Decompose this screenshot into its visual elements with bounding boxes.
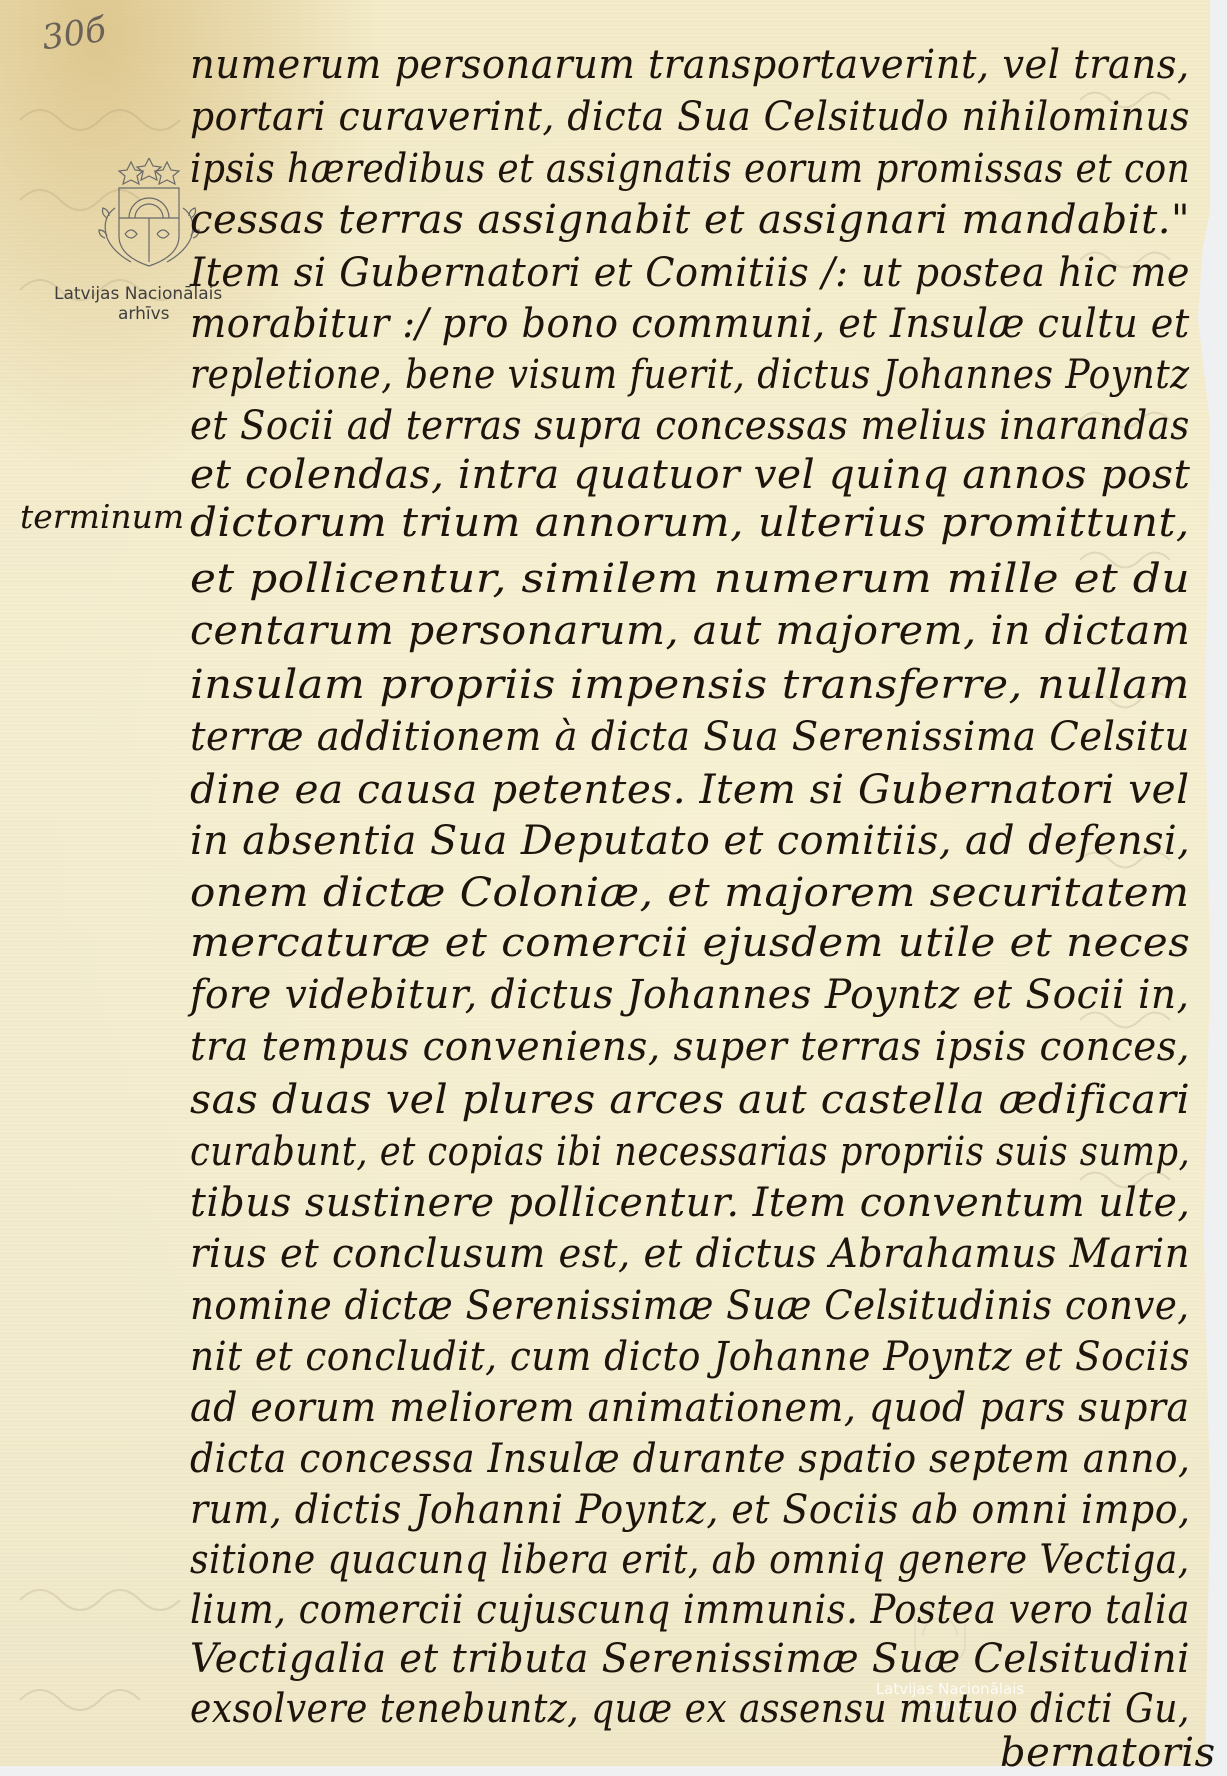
text-line: onem dictæ Coloniæ, et majorem securitat… bbox=[190, 870, 1190, 916]
text-line: exsolvere tenebuntz, quæ ex assensu mutu… bbox=[190, 1686, 1190, 1732]
text-line: tra tempus conveniens, super terras ipsi… bbox=[190, 1024, 1190, 1070]
text-line: rius et conclusum est, et dictus Abraham… bbox=[190, 1231, 1190, 1277]
text-line: fore videbitur, dictus Johannes Poyntz e… bbox=[190, 972, 1190, 1018]
text-line: dine ea causa petentes. Item si Gubernat… bbox=[190, 767, 1190, 813]
text-line: ipsis hæredibus et assignatis eorum prom… bbox=[190, 146, 1190, 192]
margin-note: terminum bbox=[20, 497, 184, 536]
text-line: morabitur :/ pro bono communi, et Insulæ… bbox=[190, 301, 1190, 347]
text-line: curabunt, et copias ibi necessarias prop… bbox=[190, 1129, 1190, 1175]
text-line: bernatoris bbox=[1000, 1730, 1216, 1766]
text-line: centarum personarum, aut majorem, in dic… bbox=[190, 608, 1190, 654]
text-line: Vectigalia et tributa Serenissimæ Suæ Ce… bbox=[190, 1636, 1190, 1682]
text-line: et colendas, intra quatuor vel quinq ann… bbox=[190, 452, 1190, 498]
text-line: nomine dictæ Serenissimæ Suæ Celsitudini… bbox=[190, 1283, 1190, 1329]
text-line: tibus sustinere pollicentur. Item conven… bbox=[190, 1180, 1190, 1226]
text-line: ad eorum meliorem animationem, quod pars… bbox=[190, 1385, 1190, 1431]
text-line: dictorum trium annorum, ulterius promitt… bbox=[190, 500, 1190, 546]
text-line: mercaturæ et comercii ejusdem utile et n… bbox=[190, 920, 1190, 966]
text-line: terræ additionem à dicta Sua Serenissima… bbox=[190, 714, 1190, 760]
text-line: portari curaverint, dicta Sua Celsitudo … bbox=[190, 94, 1190, 140]
text-line: sas duas vel plures arces aut castella æ… bbox=[190, 1077, 1190, 1123]
text-line: rum, dictis Johanni Poyntz, et Sociis ab… bbox=[190, 1487, 1190, 1533]
text-line: et Socii ad terras supra concessas meliu… bbox=[190, 403, 1190, 449]
text-line: lium, comercii cujuscunq immunis. Postea… bbox=[190, 1587, 1190, 1633]
text-line: nit et concludit, cum dicto Johanne Poyn… bbox=[190, 1334, 1190, 1380]
text-line: cessas terras assignabit et assignari ma… bbox=[190, 197, 1190, 243]
text-line: repletione, bene visum fuerit, dictus Jo… bbox=[190, 352, 1190, 398]
text-line: dicta concessa Insulæ durante spatio sep… bbox=[190, 1436, 1190, 1482]
text-line: Item si Gubernatori et Comitiis /: ut po… bbox=[190, 250, 1190, 296]
text-line: numerum personarum transportaverint, vel… bbox=[190, 42, 1190, 88]
text-line: sitione quacunq libera erit, ab omniq ge… bbox=[190, 1537, 1190, 1583]
text-line: insulam propriis impensis transferre, nu… bbox=[190, 662, 1190, 708]
text-line: in absentia Sua Deputato et comitiis, ad… bbox=[190, 818, 1190, 864]
text-line: et pollicentur, similem numerum mille et… bbox=[190, 556, 1190, 602]
